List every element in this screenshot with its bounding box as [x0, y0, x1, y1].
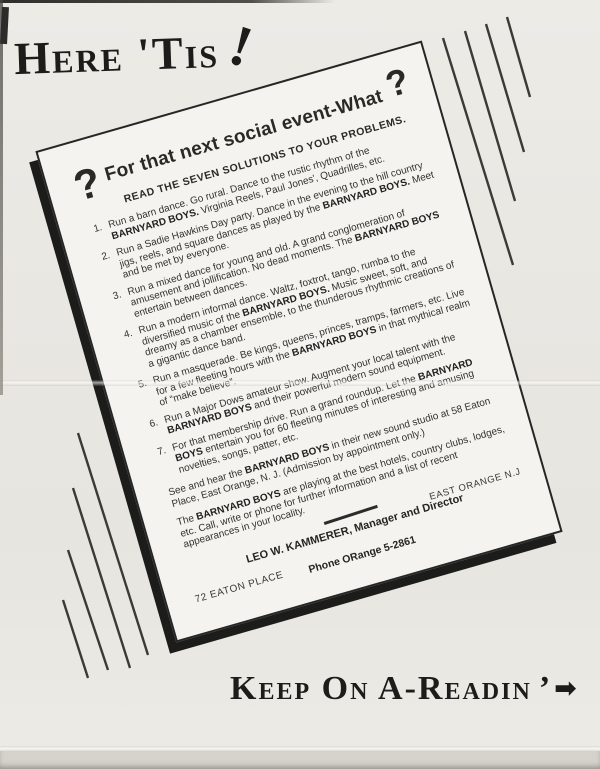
- footer-keep-on-readin: Keep On A-Readin’➡: [230, 672, 579, 706]
- header-text: Here 'Tis: [13, 26, 219, 84]
- question-mark-left: ?: [71, 166, 104, 202]
- page-top-edge-shadow: [0, 0, 335, 3]
- right-arrow-icon: ➡: [554, 675, 579, 702]
- header-here-tis: Here 'Tis!: [13, 18, 249, 84]
- footer-apostrophe: ’: [539, 670, 552, 707]
- item-number: 7.: [150, 445, 174, 482]
- page-bottom-strip: [0, 751, 600, 769]
- footer-text: Keep On A-Readin: [230, 670, 532, 707]
- item-number: 1.: [86, 222, 107, 248]
- page-left-edge-shadow: [0, 0, 3, 395]
- scanned-flyer-page: Here 'Tis! ? For that next social event-…: [0, 0, 600, 769]
- item-number: 5.: [131, 378, 155, 415]
- item-number: 3.: [105, 289, 129, 326]
- item-number: 2.: [94, 250, 118, 287]
- question-mark-right: ?: [383, 67, 411, 98]
- item-number: 6.: [142, 417, 163, 443]
